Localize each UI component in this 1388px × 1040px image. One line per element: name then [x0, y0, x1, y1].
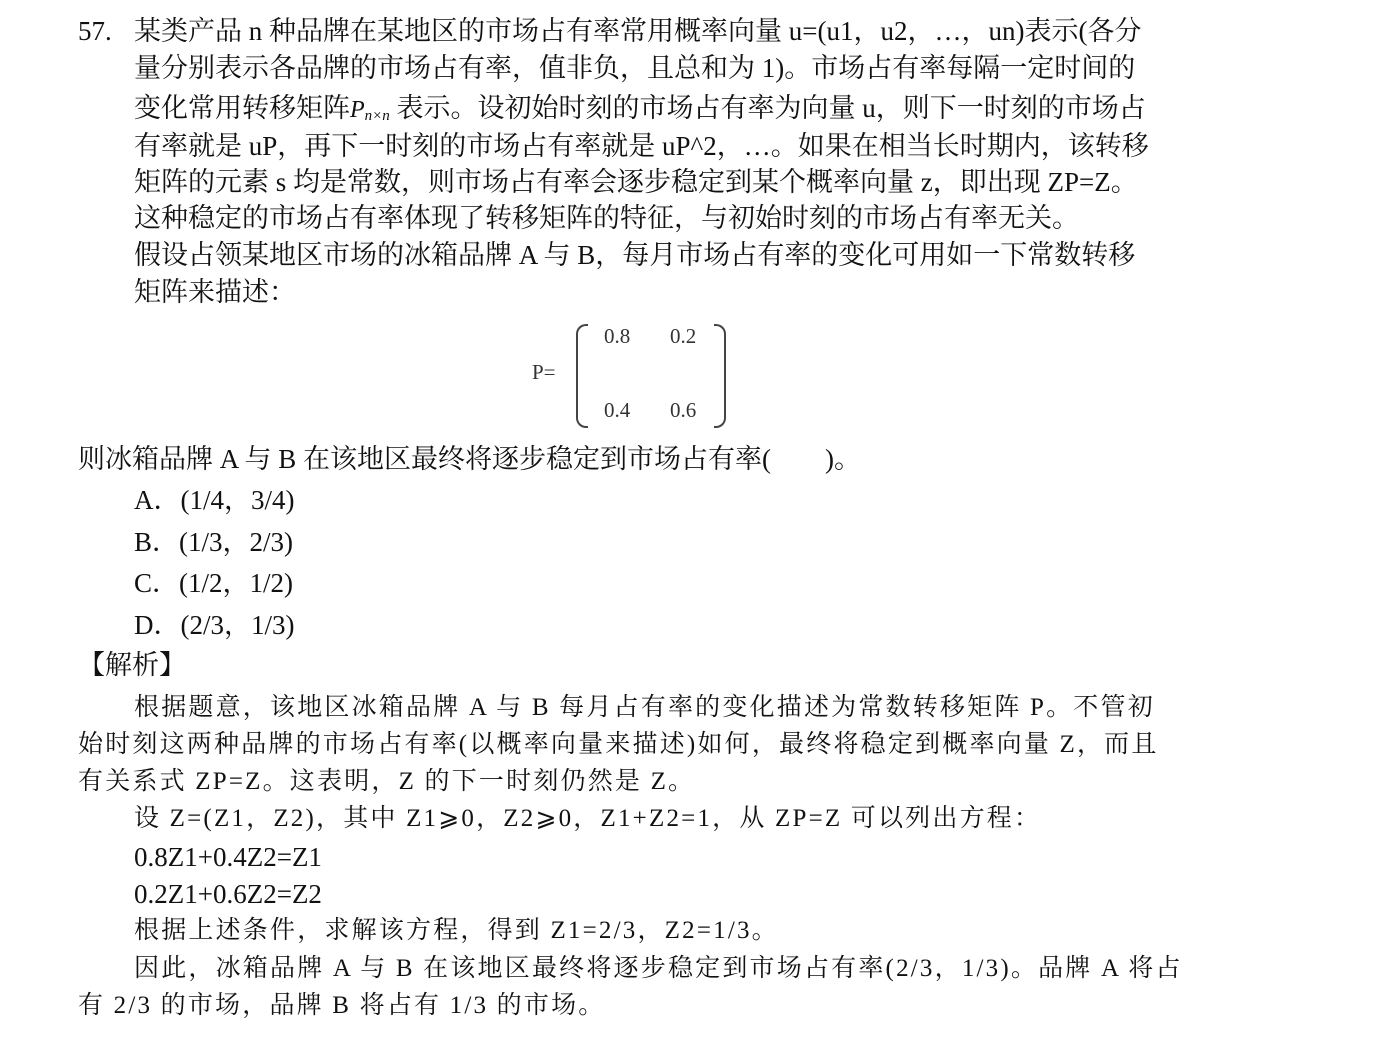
stem-line-8: 矩阵来描述：: [134, 274, 296, 310]
analysis-heading: 【解析】: [78, 647, 186, 683]
matrix-cell-11: 0.8: [604, 324, 630, 349]
equation-1: 0.8Z1+0.4Z2=Z1: [134, 839, 322, 875]
matrix-cell-22: 0.6: [670, 398, 696, 423]
question-prompt: 则冰箱品牌 A 与 B 在该地区最终将逐步稳定到市场占有率( )。: [78, 441, 861, 477]
option-d: D．(2/3，1/3): [134, 607, 294, 643]
transition-matrix-symbol: Pn×n: [350, 97, 390, 123]
left-bracket: [576, 324, 588, 428]
matrix-cell-12: 0.2: [670, 324, 696, 349]
stem-line-4: 有率就是 uP，再下一时刻的市场占有率就是 uP^2，…。如果在相当长时期内，该…: [134, 128, 1149, 164]
analysis-line-3: 有关系式 ZP=Z。这表明，Z 的下一时刻仍然是 Z。: [78, 764, 695, 800]
analysis-line-9: 有 2/3 的市场，品牌 B 将占有 1/3 的市场。: [78, 988, 605, 1024]
stem-line-7: 假设占领某地区市场的冰箱品牌 A 与 B，每月市场占有率的变化可用如一下常数转移: [134, 237, 1135, 273]
analysis-line-1: 根据题意，该地区冰箱品牌 A 与 B 每月占有率的变化描述为常数转移矩阵 P。不…: [134, 690, 1155, 726]
stem-line-3-a: 变化常用转移矩阵: [134, 93, 350, 123]
option-b: B．(1/3，2/3): [134, 524, 293, 560]
stem-line-5: 矩阵的元素 s 均是常数，则市场占有率会逐步稳定到某个概率向量 z，即出现 ZP…: [134, 164, 1138, 200]
analysis-line-2: 始时刻这两种品牌的市场占有率(以概率向量来描述)如何，最终将稳定到概率向量 Z，…: [78, 727, 1159, 763]
stem-line-6: 这种稳定的市场占有率体现了转移矩阵的特征，与初始时刻的市场占有率无关。: [134, 200, 1079, 236]
option-c: C．(1/2，1/2): [134, 565, 293, 601]
matrix-subscript: n×n: [365, 108, 390, 124]
analysis-line-8: 因此，冰箱品牌 A 与 B 在该地区最终将逐步稳定到市场占有率(2/3，1/3)…: [134, 951, 1183, 987]
stem-line-2: 量分别表示各品牌的市场占有率，值非负，且总和为 1)。市场占有率每隔一定时间的: [134, 50, 1135, 86]
stem-line-3-b: 表示。设初始时刻的市场占有率为向量 u，则下一时刻的市场占: [397, 93, 1146, 123]
matrix-symbol-p: P: [350, 97, 365, 123]
right-bracket: [714, 324, 726, 428]
analysis-line-7: 根据上述条件，求解该方程，得到 Z1=2/3，Z2=1/3。: [134, 913, 779, 949]
question-number: 57.: [78, 13, 112, 49]
equation-2: 0.2Z1+0.6Z2=Z2: [134, 876, 322, 912]
option-a: A．(1/4，3/4): [134, 482, 294, 518]
transition-matrix: P= 0.8 0.2 0.4 0.6: [528, 314, 728, 432]
matrix-cell-21: 0.4: [604, 398, 630, 423]
matrix-label: P=: [532, 360, 556, 385]
stem-line-1: 某类产品 n 种品牌在某地区的市场占有率常用概率向量 u=(u1，u2，…，un…: [134, 13, 1141, 49]
analysis-line-4: 设 Z=(Z1，Z2)，其中 Z1⩾0，Z2⩾0，Z1+Z2=1，从 ZP=Z …: [134, 801, 1041, 837]
